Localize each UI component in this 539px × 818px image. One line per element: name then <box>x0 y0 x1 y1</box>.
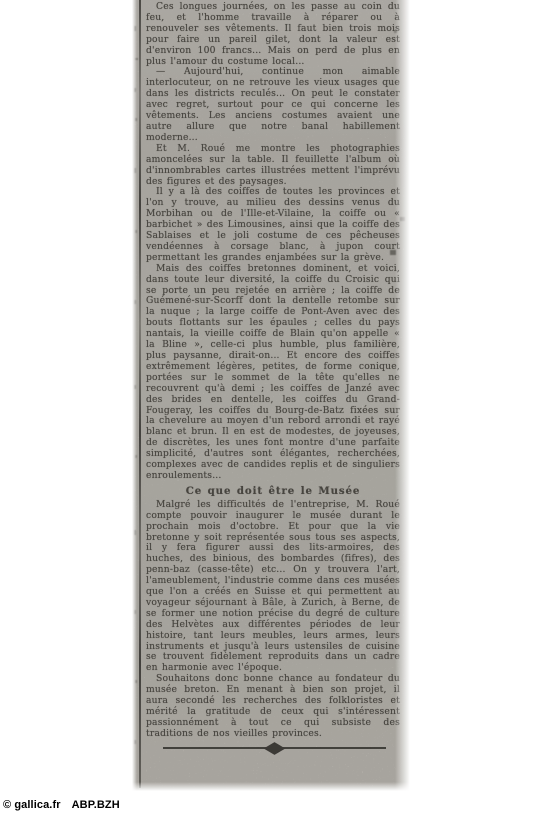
page-background: Ces longues journées, on les passe au co… <box>0 0 539 818</box>
newspaper-clipping: Ces longues journées, on les passe au co… <box>132 0 410 791</box>
rule-segment <box>282 747 386 749</box>
article-paragraph: Il y a là des coiffes de toutes les prov… <box>146 187 400 263</box>
article-paragraph: Malgré les difficultés de l'entreprise, … <box>146 500 400 675</box>
rule-segment <box>163 747 267 749</box>
gallica-watermark: © gallica.fr ABP.BZH <box>3 799 120 811</box>
article-paragraph: Souhaitons donc bonne chance au fondateu… <box>146 674 400 739</box>
article-paragraph: Mais des coiffes bretonnes dominent, et … <box>146 264 400 482</box>
article-paragraph: Et M. Roué me montre les photographies a… <box>146 144 400 188</box>
article-paragraph: Ces longues journées, on les passe au co… <box>146 2 400 67</box>
diamond-ornament <box>264 742 286 755</box>
clipping-bottom-fade <box>132 782 410 791</box>
abp-bzh-label: ABP.BZH <box>72 799 120 811</box>
gallica-credit-label: © gallica.fr <box>3 799 61 811</box>
article-paragraph: — Aujourd'hui, continue mon aimable inte… <box>146 67 400 143</box>
article-end-rule <box>163 744 386 753</box>
article-column: Ces longues journées, on les passe au co… <box>132 0 410 753</box>
section-heading: Ce que doit être le Musée <box>146 486 400 497</box>
